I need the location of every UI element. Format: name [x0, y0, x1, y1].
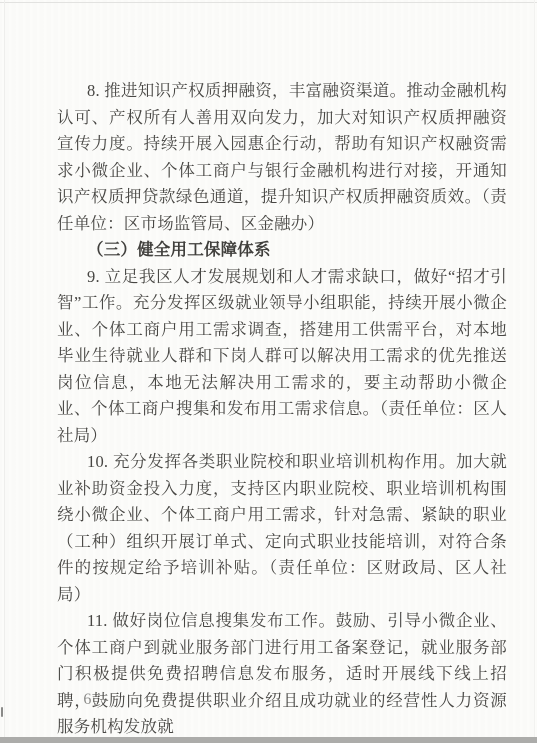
- paragraph-9: 9. 立足我区人才发展规划和人才需求缺口，做好“招才引智”工作。充分发挥区级就业…: [57, 264, 507, 450]
- scan-edge-left: [4, 0, 5, 743]
- scan-artifact-mark: [1, 707, 3, 717]
- paragraph-10: 10. 充分发挥各类职业院校和职业培训机构作用。加大就业补助资金投入力度，支持区…: [57, 449, 507, 608]
- document-page: 8. 推进知识产权质押融资，丰富融资渠道。推动金融机构认可、产权所有人善用双向发…: [0, 0, 537, 743]
- paragraph-11: 11. 做好岗位信息搜集发布工作。鼓励、引导小微企业、个体工商户到就业服务部门进…: [57, 608, 507, 741]
- section-heading-3: （三）健全用工保障体系: [57, 237, 507, 264]
- document-body: 8. 推进知识产权质押融资，丰富融资渠道。推动金融机构认可、产权所有人善用双向发…: [57, 78, 507, 741]
- paragraph-8: 8. 推进知识产权质押融资，丰富融资渠道。推动金融机构认可、产权所有人善用双向发…: [57, 78, 507, 237]
- scan-edge-bottom: [0, 737, 537, 743]
- scan-edge-right: [534, 0, 535, 743]
- page-number: - 6 -: [66, 691, 113, 709]
- scan-edge-top: [0, 2, 537, 3]
